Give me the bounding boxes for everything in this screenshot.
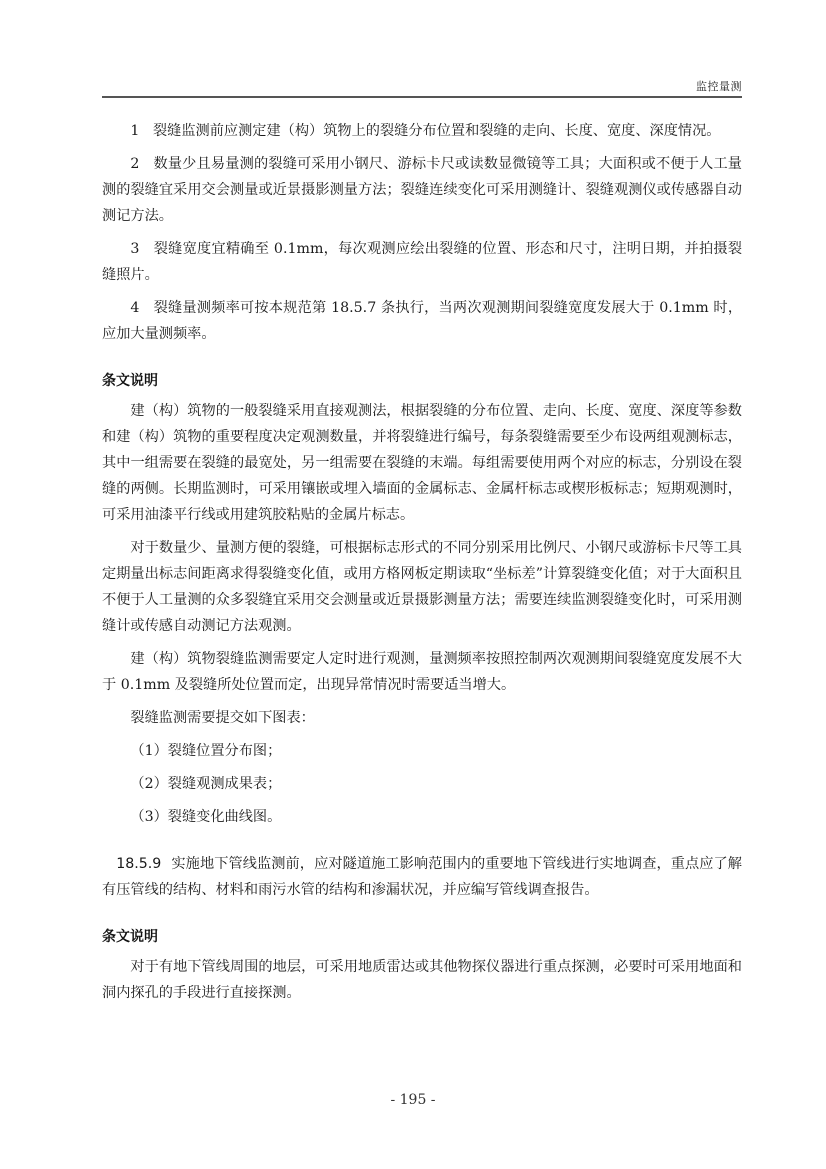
clause-text: 实施地下管线监测前，应对隧道施工影响范围内的重要地下管线进行实地调查，重点应了解…	[102, 856, 742, 898]
explanation-paragraph: 对于有地下管线周围的地层，可采用地质雷达或其他物探仪器进行重点探测，必要时可采用…	[102, 954, 742, 1006]
deliverable-list-item: （3）裂缝变化曲线图。	[102, 804, 742, 830]
explanation-paragraph: 裂缝监测需要提交如下图表：	[102, 705, 742, 731]
header-rule	[102, 96, 742, 98]
clause-item-1: 1 裂缝监测前应测定建（构）筑物上的裂缝分布位置和裂缝的走向、长度、宽度、深度情…	[102, 118, 742, 144]
deliverable-list-item: （1）裂缝位置分布图；	[102, 738, 742, 764]
explanation-paragraph: 建（构）筑物裂缝监测需要定人定时进行观测，量测频率按照控制两次观测期间裂缝宽度发…	[102, 646, 742, 698]
clause-item-2: 2 数量少且易量测的裂缝可采用小钢尺、游标卡尺或读数显微镜等工具；大面积或不便于…	[102, 151, 742, 229]
clause-text: 裂缝监测前应测定建（构）筑物上的裂缝分布位置和裂缝的走向、长度、宽度、深度情况。	[153, 123, 721, 139]
explanation-heading: 条文说明	[102, 368, 742, 394]
clause-item-4: 4 裂缝量测频率可按本规范第 18.5.7 条执行，当两次观测期间裂缝宽度发展大…	[102, 295, 742, 347]
clause-text: 裂缝宽度宜精确至 0.1mm，每次观测应绘出裂缝的位置、形态和尺寸，注明日期，并…	[102, 241, 742, 283]
deliverable-list-item: （2）裂缝观测成果表；	[102, 771, 742, 797]
clause-item-3: 3 裂缝宽度宜精确至 0.1mm，每次观测应绘出裂缝的位置、形态和尺寸，注明日期…	[102, 236, 742, 288]
explanation-heading: 条文说明	[102, 924, 742, 950]
main-body: 1 裂缝监测前应测定建（构）筑物上的裂缝分布位置和裂缝的走向、长度、宽度、深度情…	[102, 118, 742, 1013]
clause-text: 裂缝量测频率可按本规范第 18.5.7 条执行，当两次观测期间裂缝宽度发展大于 …	[102, 300, 742, 342]
clause-text: 数量少且易量测的裂缝可采用小钢尺、游标卡尺或读数显微镜等工具；大面积或不便于人工…	[102, 156, 742, 224]
page-number: - 195 -	[0, 1092, 826, 1108]
clause-number: 18.5.9	[116, 856, 161, 872]
document-page: 监控量测 1 裂缝监测前应测定建（构）筑物上的裂缝分布位置和裂缝的走向、长度、宽…	[0, 0, 826, 1169]
running-header-title: 监控量测	[102, 78, 742, 96]
explanation-paragraph: 对于数量少、量测方便的裂缝，可根据标志形式的不同分别采用比例尺、小钢尺或游标卡尺…	[102, 535, 742, 639]
explanation-paragraph: 建（构）筑物的一般裂缝采用直接观测法，根据裂缝的分布位置、走向、长度、宽度、深度…	[102, 398, 742, 528]
clause-18-5-9: 18.5.9实施地下管线监测前，应对隧道施工影响范围内的重要地下管线进行实地调查…	[102, 851, 742, 903]
